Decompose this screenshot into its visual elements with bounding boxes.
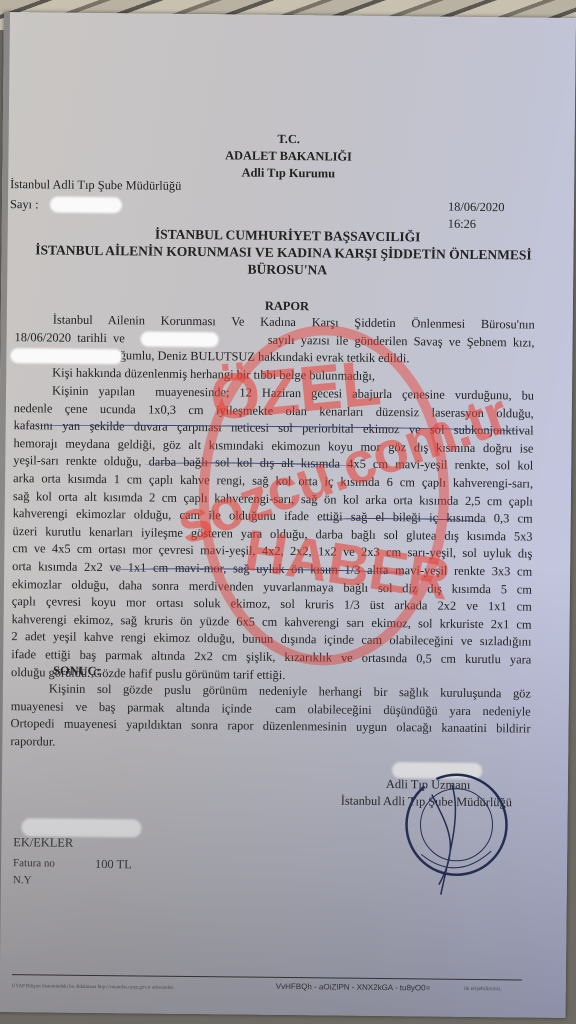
header-branch: İstanbul Adli Tıp Şube Müdürlüğü (10, 176, 181, 195)
initials: N.Y (13, 872, 32, 890)
watermark-ring-icon (187, 314, 471, 677)
invoice-label: Fatura no (13, 855, 55, 873)
footer-code: VvHFBQh - aOiZIPN - XNX2kGA - tu8yO0= (276, 978, 431, 997)
invoice-amount: 100 TL (95, 856, 132, 874)
conclusion-title: SONUÇ: (53, 663, 101, 681)
document-page: T.C. ADALET BAKANLIĞI Adli Tıp Kurumu İs… (0, 12, 576, 1018)
official-stamp-icon (391, 754, 523, 905)
redaction-sayi (50, 196, 122, 213)
footer-suffix: ile erişebilirsiniz. (464, 981, 502, 999)
attachments-label: EK/EKLER (13, 834, 73, 852)
footer-prefix: UYAP Bilişim Sistemindeki bu dokümana ht… (12, 978, 282, 998)
redaction-birthdate (10, 348, 122, 364)
sayi-label: Sayı : (10, 196, 39, 214)
header-date: 18/06/2020 (448, 199, 505, 217)
